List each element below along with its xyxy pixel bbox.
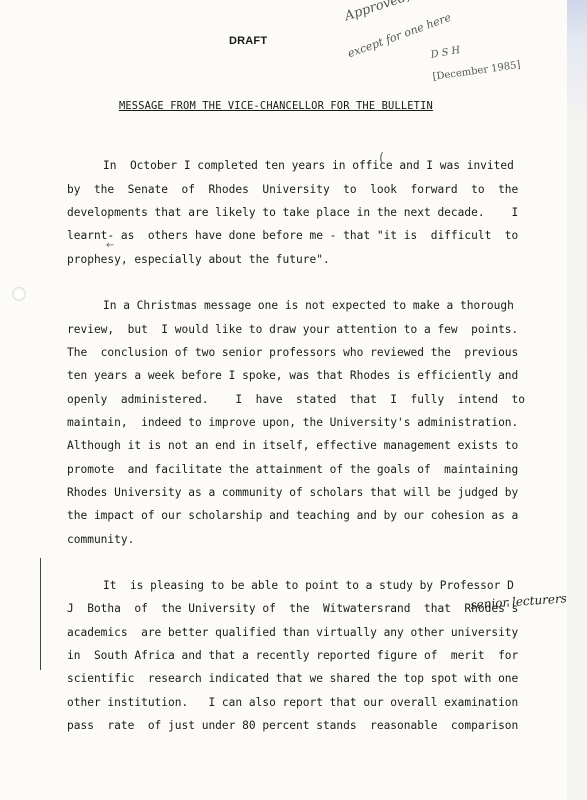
- text-line: maintain, indeed to improve upon, the Un…: [67, 415, 459, 431]
- text-line: The conclusion of two senior professors …: [67, 345, 459, 361]
- margin-mark: [40, 558, 41, 670]
- text-line: In a Christmas message one is not expect…: [103, 298, 459, 314]
- draft-label: DRAFT: [229, 35, 267, 47]
- text-line: In October I completed ten years in offi…: [103, 158, 459, 174]
- text-line: pass rate of just under 80 percent stand…: [67, 718, 459, 734]
- text-line: ten years a week before I spoke, was tha…: [67, 368, 459, 384]
- text-line: academics are better qualified than virt…: [67, 625, 459, 641]
- text-line: openly administered. I have stated that …: [67, 392, 459, 408]
- text-line: developments that are likely to take pla…: [67, 205, 459, 221]
- text-line: the impact of our scholarship and teachi…: [67, 508, 459, 524]
- text-line: prophesy, especially about the future".: [67, 252, 459, 268]
- document-title: MESSAGE FROM THE VICE-CHANCELLOR FOR THE…: [119, 100, 433, 112]
- text-line: promote and facilitate the attainment of…: [67, 462, 459, 478]
- scan-edge: [567, 0, 587, 800]
- text-line: learnt- as others have done before me - …: [67, 228, 459, 244]
- text-line: Although it is not an end in itself, eff…: [67, 438, 459, 454]
- text-line: scientific research indicated that we sh…: [67, 671, 459, 687]
- text-line: review, but I would like to draw your at…: [67, 322, 459, 338]
- text-line: in South Africa and that a recently repo…: [67, 648, 459, 664]
- text-line: by the Senate of Rhodes University to lo…: [67, 182, 459, 198]
- text-line: It is pleasing to be able to point to a …: [103, 578, 459, 594]
- text-line: J Botha of the University of the Witwate…: [67, 601, 459, 617]
- punch-hole: [12, 287, 26, 301]
- caret-mark: ←: [106, 240, 114, 251]
- text-line: community.: [67, 532, 459, 548]
- text-line: Rhodes University as a community of scho…: [67, 485, 459, 501]
- correction-mark: (: [379, 151, 384, 166]
- text-line: other institution. I can also report tha…: [67, 695, 459, 711]
